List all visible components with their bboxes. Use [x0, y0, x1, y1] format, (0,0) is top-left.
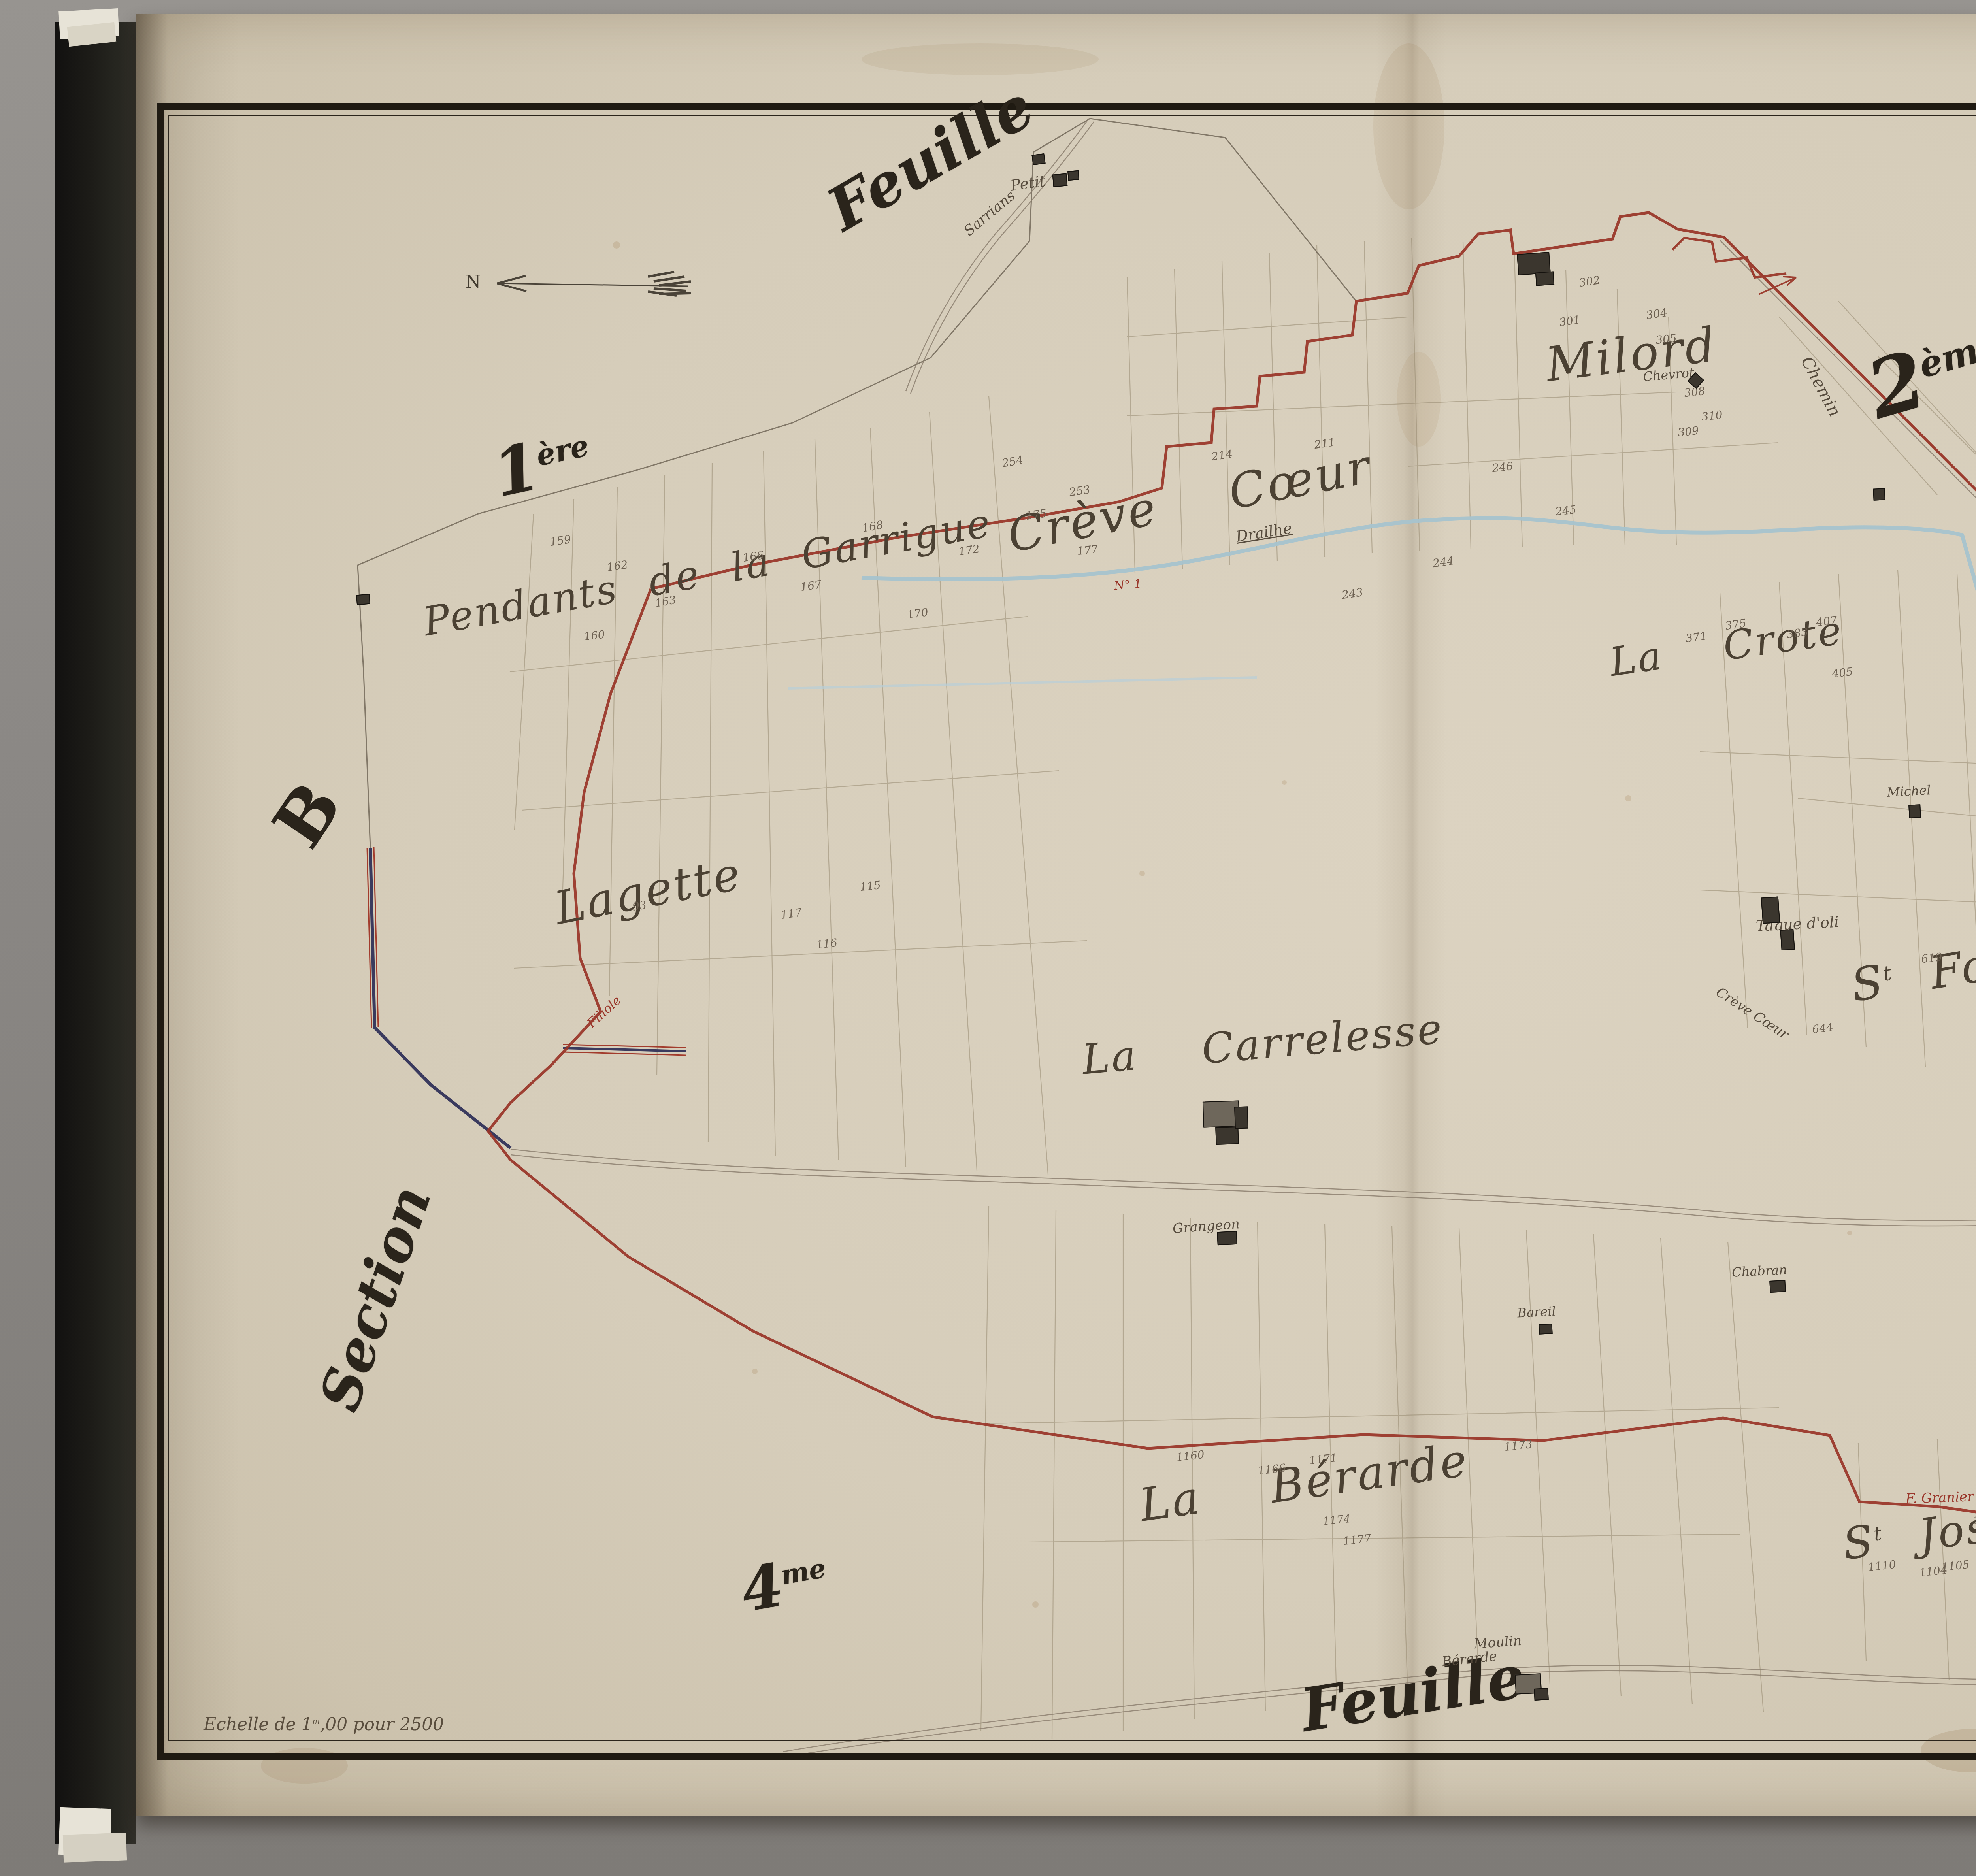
parcel-number: 305: [1655, 332, 1678, 347]
sheet-2-label: 2ème: [1857, 310, 1976, 437]
parcel-number: 254: [1001, 453, 1024, 470]
hamlet-moulin: Moulin: [1473, 1633, 1522, 1652]
parcel-number: 160: [583, 628, 606, 643]
filiole-granier-label: F. Granier: [1905, 1489, 1974, 1507]
canal-drailhe: Drailhe: [1235, 519, 1293, 545]
sheet-1-label: 1ère: [486, 417, 598, 512]
road-chemin: Chemin: [1797, 353, 1845, 420]
road-creve-coeur: Crève Cœur: [1713, 984, 1791, 1043]
building: [1031, 153, 1045, 165]
building: [1067, 170, 1079, 181]
parcel-number: 310: [1701, 408, 1723, 423]
parcel-number: 619: [1921, 950, 1943, 965]
area-la-carrelesse: La Carrelesse: [1080, 1004, 1446, 1084]
hamlet-petit: Petit: [1009, 172, 1046, 194]
parcel-number: 116: [816, 936, 838, 951]
building: [1234, 1106, 1248, 1129]
parcel-number: 301: [1558, 313, 1581, 329]
filiole-west-label: Filiole: [584, 993, 624, 1031]
road-sarrians-top: Sarrians: [961, 187, 1018, 239]
parcel-number: 644: [1812, 1021, 1834, 1036]
parcel-number: 405: [1831, 665, 1854, 680]
area-creve-coeur: Crève Cœur: [1003, 439, 1376, 564]
label-sup: me: [778, 1552, 828, 1591]
parcel-number: 115: [859, 879, 882, 894]
building: [1769, 1280, 1786, 1293]
building: [1873, 488, 1885, 501]
parcel-number: 159: [549, 533, 572, 549]
parcel-number: 93: [632, 898, 647, 913]
parcel-number: 244: [1432, 554, 1455, 570]
sheet-4-label: 4me: [736, 1542, 833, 1625]
hamlet-michel: Michel: [1887, 782, 1931, 800]
label-sup: ème: [1914, 323, 1976, 387]
building: [1217, 1231, 1237, 1246]
building: [1215, 1127, 1239, 1145]
parcel-number: 302: [1578, 273, 1601, 289]
area-la-berarde: La Bérarde: [1137, 1433, 1472, 1532]
building: [1535, 271, 1554, 286]
parcel-number: 214: [1210, 447, 1233, 463]
feuille-top-label: Feuille: [816, 72, 1046, 244]
building: [1780, 929, 1795, 950]
hamlet-chabran: Chabran: [1731, 1262, 1787, 1280]
parcel-number: 167: [799, 578, 822, 594]
parcel-number: 243: [1341, 586, 1364, 601]
parcel-number: 1105: [1941, 1558, 1970, 1574]
parcel-number: 245: [1555, 503, 1577, 518]
building: [1539, 1324, 1552, 1335]
filiole-n1-label: N° 1: [1114, 577, 1143, 593]
parcel-number: 304: [1645, 306, 1668, 322]
parcel-number: 1177: [1342, 1532, 1372, 1548]
parcel-number: 246: [1491, 460, 1514, 475]
parcel-number: 172: [958, 542, 980, 558]
building: [1761, 897, 1780, 924]
photo-backdrop: Section C de Crèvecœur en 4 Feuilles 3e …: [0, 0, 1976, 1876]
parcel-number: 170: [906, 605, 929, 621]
parcel-number: 1173: [1504, 1438, 1533, 1454]
parcel-number: 177: [1077, 543, 1099, 558]
parcel-number: 309: [1677, 424, 1700, 439]
parcel-number: 407: [1816, 614, 1838, 629]
area-st-forcat: St Forcat: [1848, 922, 1976, 1012]
parcel-number: 1110: [1867, 1558, 1897, 1574]
parcel-number: 1174: [1322, 1512, 1351, 1528]
area-la-crote: La Crote: [1607, 607, 1846, 685]
section-b-letter: B: [258, 768, 358, 862]
parcel-number: 117: [780, 906, 803, 922]
building: [356, 594, 370, 605]
label-sup: ère: [533, 428, 592, 473]
parcel-number: 1160: [1176, 1448, 1205, 1464]
building: [1052, 173, 1068, 187]
area-pendants-garrigue: Pendants de la Garrigue: [420, 500, 995, 645]
section-left-label: Section: [307, 1178, 444, 1419]
hamlet-bareil: Bareil: [1517, 1303, 1556, 1320]
area-lagette: Lagette: [550, 847, 746, 935]
building: [1908, 804, 1921, 818]
map-labels-layer: FeuilleFeuilleFeuilleSectionB1ère2ème4me…: [0, 0, 1976, 1876]
building: [1534, 1688, 1549, 1701]
